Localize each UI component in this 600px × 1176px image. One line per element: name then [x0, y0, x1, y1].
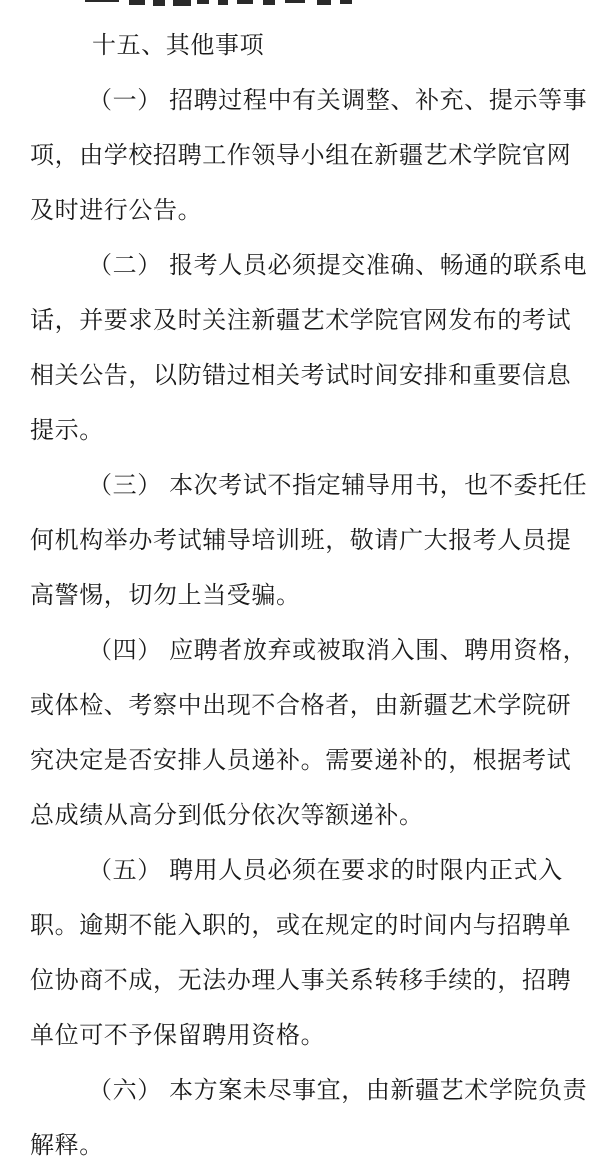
- paragraph-2-line-4: 提示。: [30, 403, 578, 458]
- paragraph-1-line-3: 及时进行公告。: [30, 183, 578, 238]
- document-body: 十五、其他事项 （一） 招聘过程中有关调整、补充、提示等事 项，由学校招聘工作领…: [30, 18, 578, 1173]
- paragraph-5-line-2: 职。逾期不能入职的，或在规定的时间内与招聘单: [30, 898, 578, 953]
- paragraph-4-line-4: 总成绩从高分到低分依次等额递补。: [30, 788, 578, 843]
- paragraph-4-line-2: 或体检、考察中出现不合格者，由新疆艺术学院研: [30, 678, 578, 733]
- paragraph-5-line-4: 单位可不予保留聘用资格。: [30, 1008, 578, 1063]
- paragraph-4-line-3: 究决定是否安排人员递补。需要递补的，根据考试: [30, 733, 578, 788]
- paragraph-3-line-1: （三） 本次考试不指定辅导用书，也不委托任: [30, 458, 578, 513]
- paragraph-2-line-3: 相关公告，以防错过相关考试时间安排和重要信息: [30, 348, 578, 403]
- paragraph-1-line-2: 项，由学校招聘工作领导小组在新疆艺术学院官网: [30, 128, 578, 183]
- clipped-text-fragment: [85, 0, 365, 7]
- paragraph-3-line-3: 高警惕，切勿上当受骗。: [30, 568, 578, 623]
- paragraph-6-line-2: 解释。: [30, 1118, 578, 1173]
- paragraph-3-line-2: 何机构举办考试辅导培训班，敬请广大报考人员提: [30, 513, 578, 568]
- paragraph-4-line-1: （四） 应聘者放弃或被取消入围、聘用资格，: [30, 623, 578, 678]
- section-heading: 十五、其他事项: [30, 18, 578, 73]
- document-page: 十五、其他事项 （一） 招聘过程中有关调整、补充、提示等事 项，由学校招聘工作领…: [0, 0, 600, 1176]
- paragraph-5-line-1: （五） 聘用人员必须在要求的时限内正式入: [30, 843, 578, 898]
- paragraph-6-line-1: （六） 本方案未尽事宜，由新疆艺术学院负责: [30, 1063, 578, 1118]
- paragraph-2-line-1: （二） 报考人员必须提交准确、畅通的联系电: [30, 238, 578, 293]
- paragraph-5-line-3: 位协商不成，无法办理人事关系转移手续的，招聘: [30, 953, 578, 1008]
- paragraph-1-line-1: （一） 招聘过程中有关调整、补充、提示等事: [30, 73, 578, 128]
- paragraph-2-line-2: 话，并要求及时关注新疆艺术学院官网发布的考试: [30, 293, 578, 348]
